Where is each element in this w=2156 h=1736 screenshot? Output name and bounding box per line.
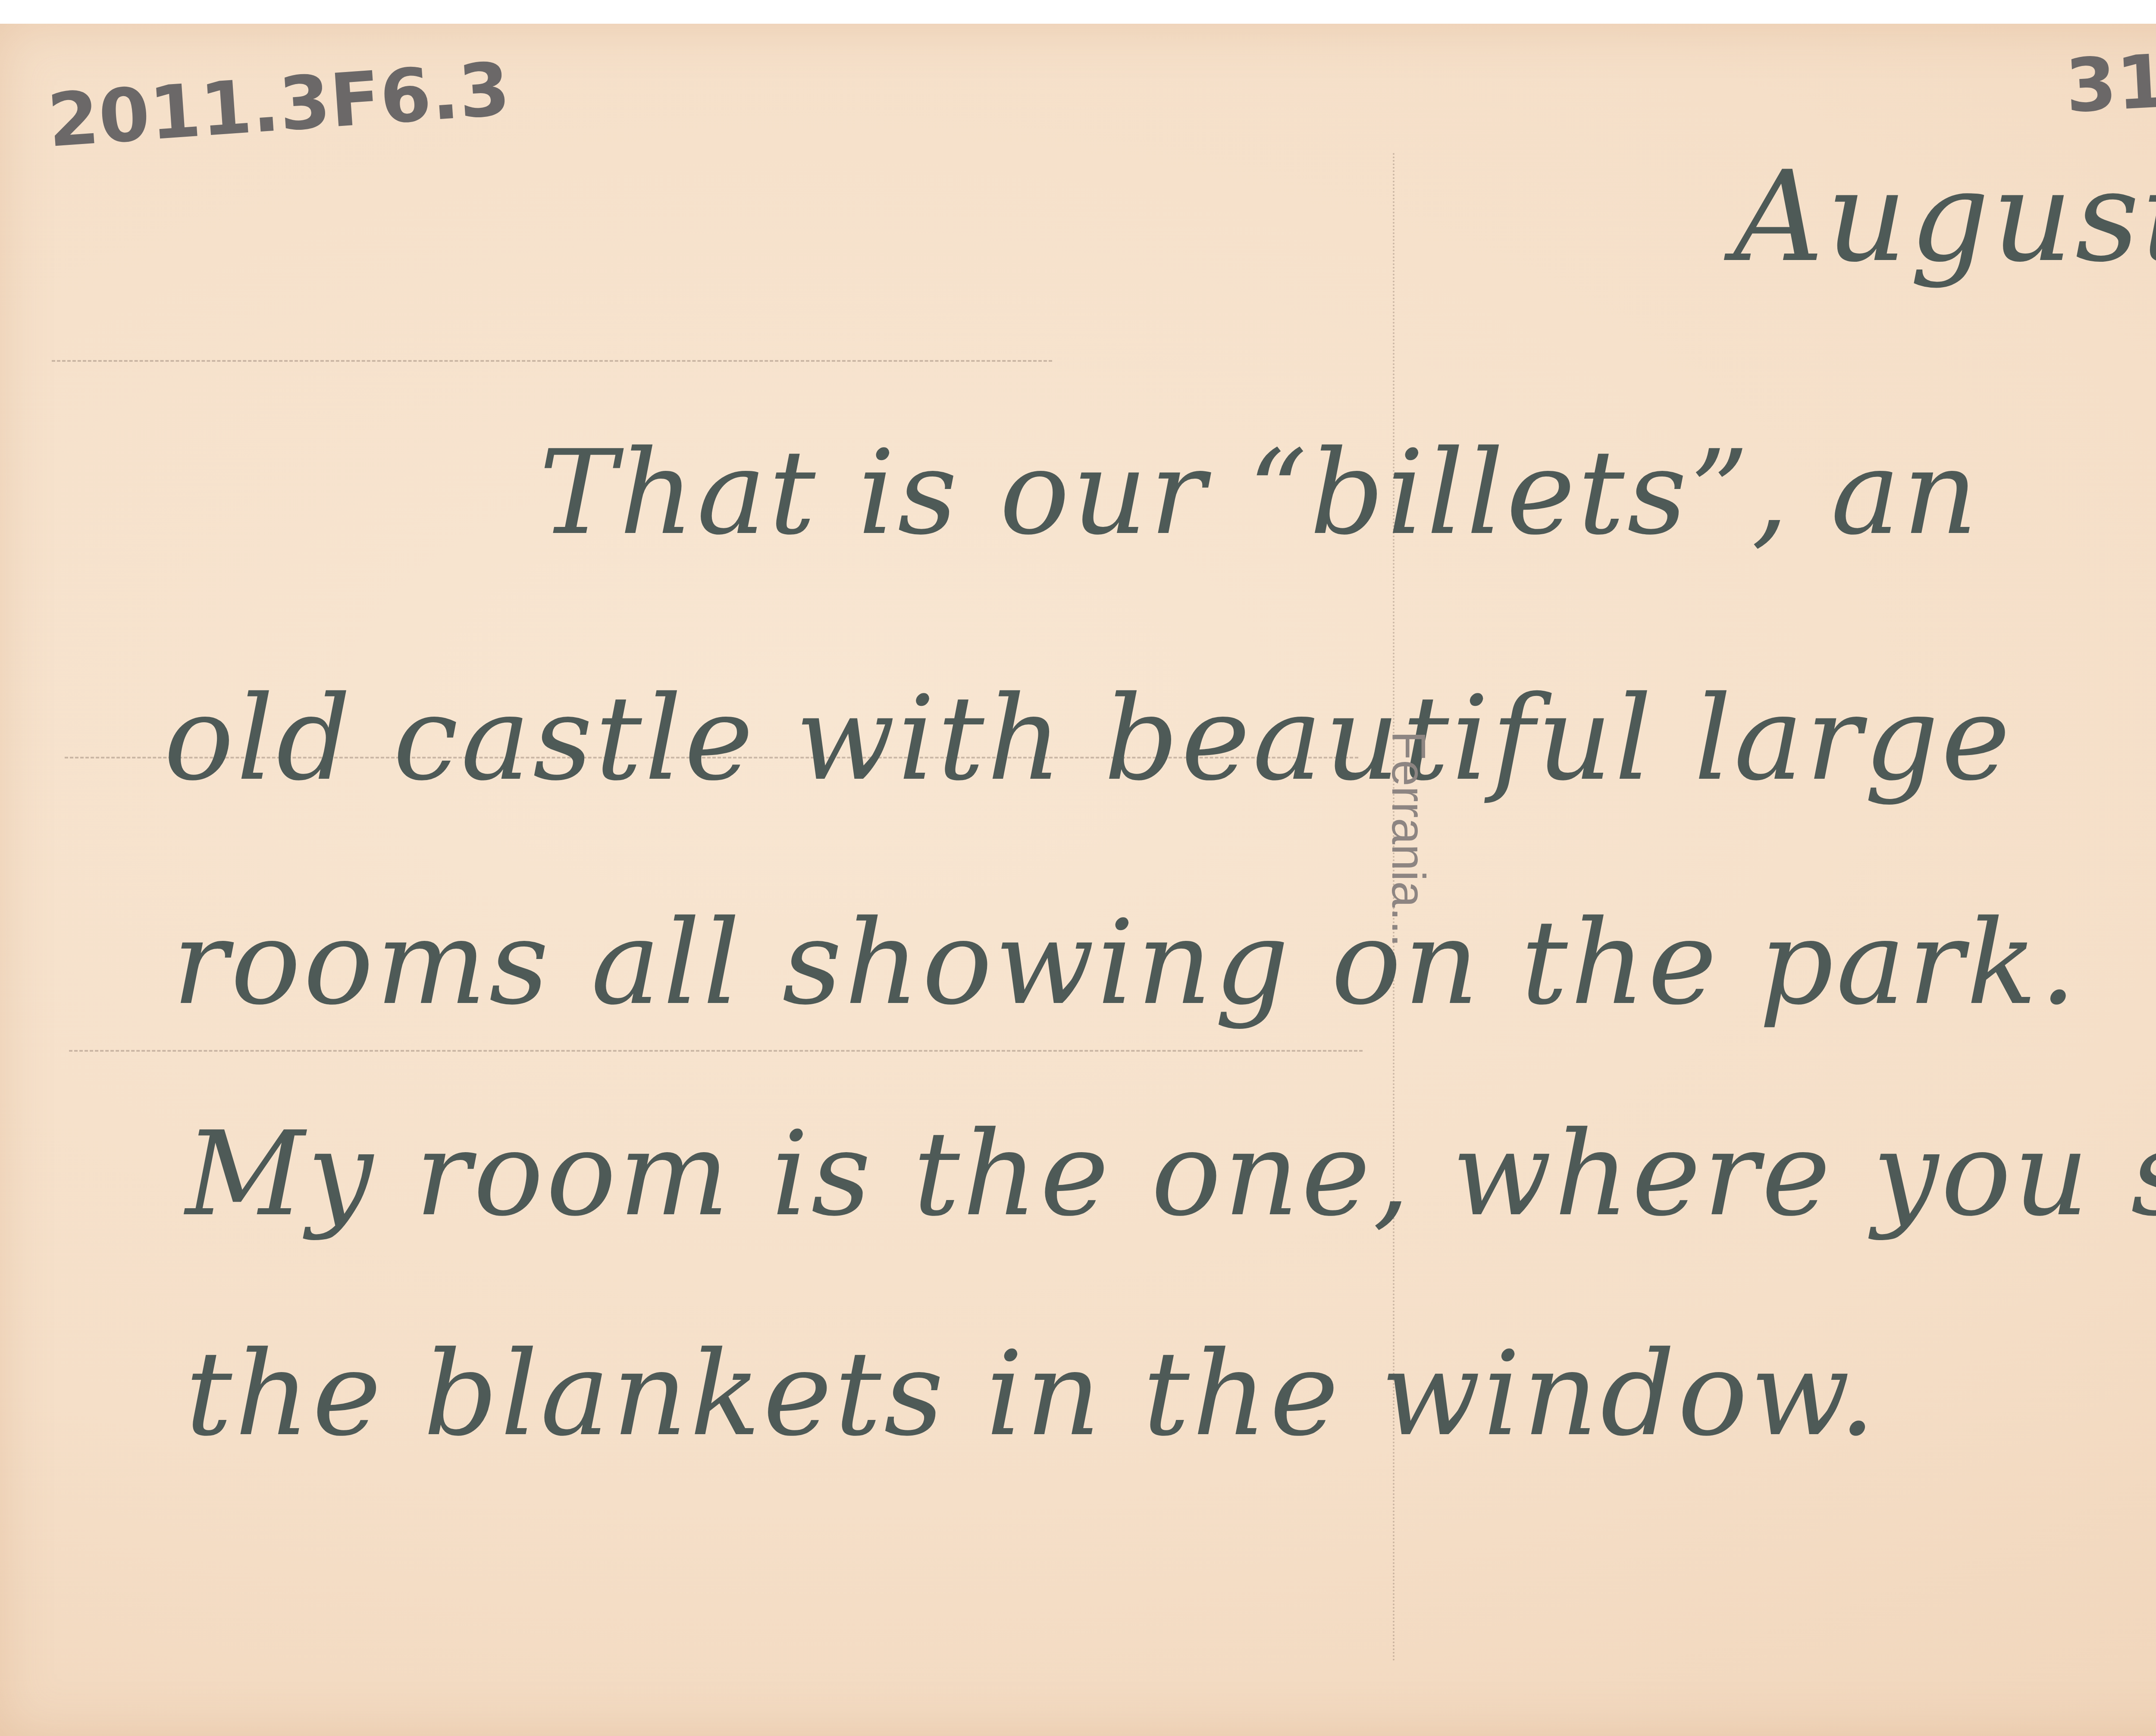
message-line-2: old castle with beautiful large (164, 671, 2013, 806)
message-line-4: My room is the one, where you see (185, 1106, 2156, 1242)
publisher-imprint: Ferrania... (1381, 731, 1436, 947)
message-line-1: That is our “billets”, an (539, 425, 1981, 561)
address-line (69, 1050, 1363, 1052)
archive-mark: 316 F3 (2063, 29, 2156, 129)
date: August 1945. (1733, 144, 2156, 290)
postcard-back: 2011.3F6.3 316 F3 August 1945. That is o… (0, 24, 2156, 1736)
address-line (52, 360, 1052, 362)
message-line-3: rooms all showing on the park. (172, 895, 2079, 1031)
message-line-5: the blankets in the window. (185, 1326, 1878, 1462)
catalog-number: 2011.3F6.3 (45, 47, 512, 164)
